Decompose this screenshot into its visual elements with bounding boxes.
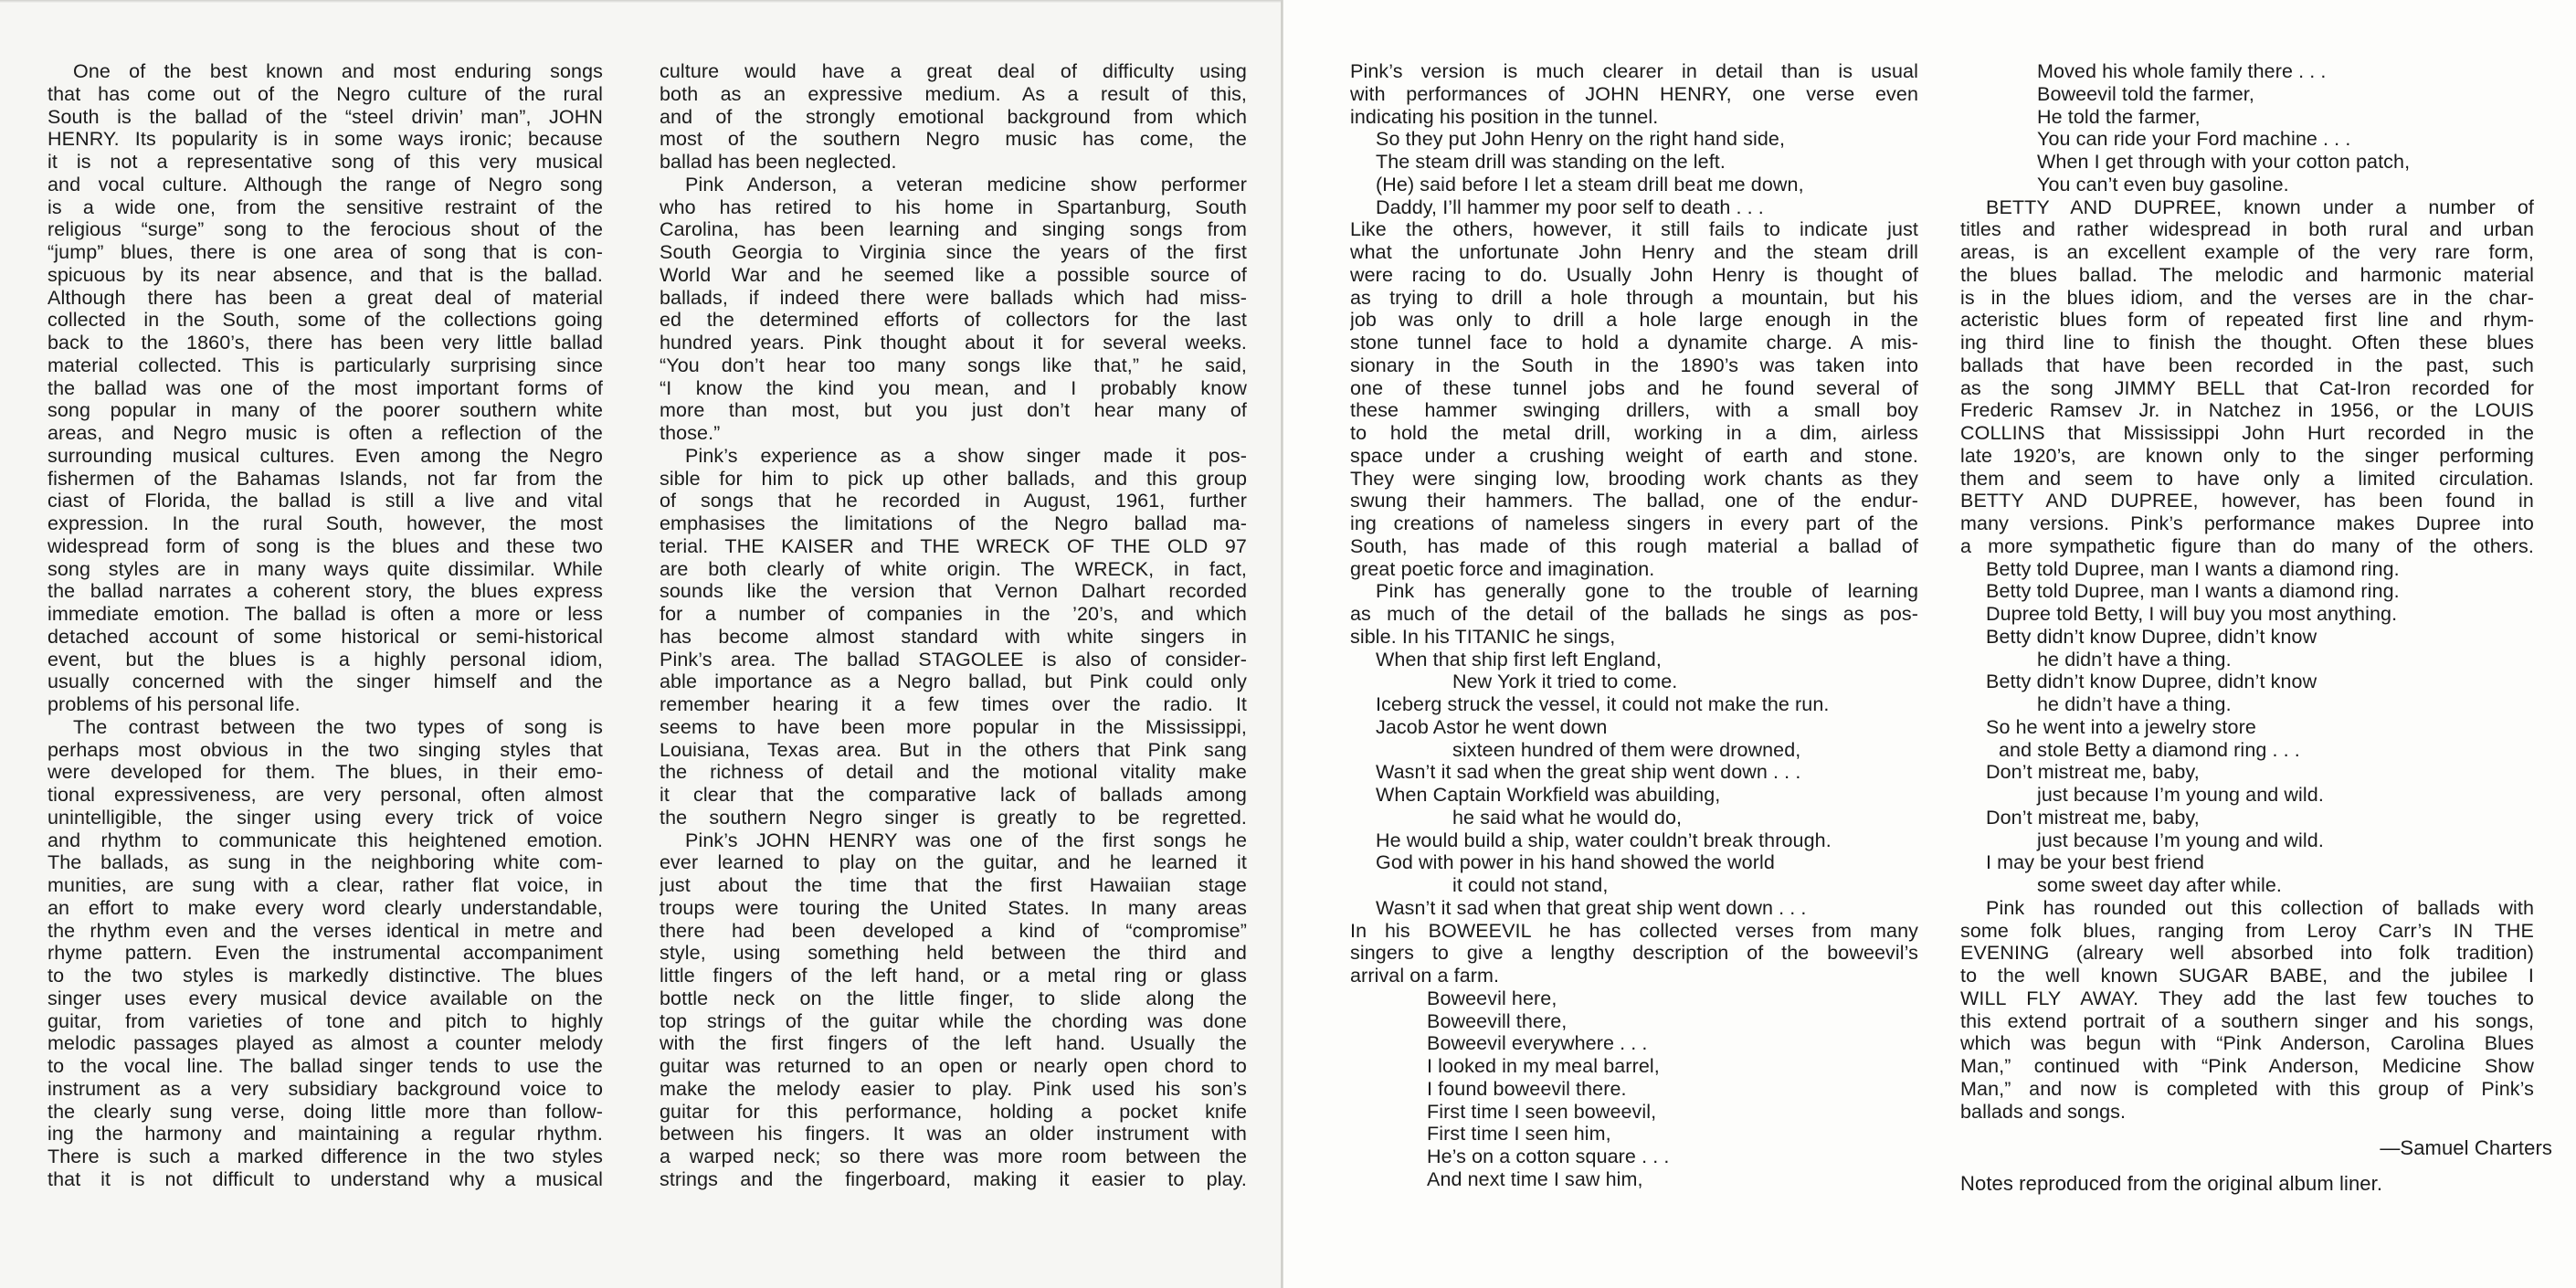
text-line: to the two styles is markedly distinctiv…	[48, 965, 603, 987]
text-line: great poetic force and imagination.	[1350, 558, 1918, 581]
text-line: Dupree told Betty, I will buy you most a…	[1960, 603, 2534, 626]
text-line: areas, is an excellent example of the ve…	[1960, 241, 2534, 264]
text-line: Man,” continued with “Pink Anderson, Med…	[1960, 1055, 2534, 1078]
text-line: more than most, but you just don’t hear …	[660, 399, 1247, 422]
text-line: terial. THE KAISER and THE WRECK OF THE …	[660, 535, 1247, 558]
text-line: tional expressiveness, are very personal…	[48, 784, 603, 807]
text-line: what the unfortunate John Henry and the …	[1350, 241, 1918, 264]
text-line: surrounding musical cultures. Even among…	[48, 445, 603, 468]
text-line: They were singing low, brooding work cha…	[1350, 468, 1918, 491]
text-line: of songs that he recorded in August, 196…	[660, 490, 1247, 512]
text-line: which was begun with “Pink Anderson, Car…	[1960, 1032, 2534, 1055]
text-line: Pink’s JOHN HENRY was one of the first s…	[660, 829, 1247, 852]
text-line: God with power in his hand showed the wo…	[1350, 851, 1918, 874]
center-fold-line	[1281, 0, 1283, 1288]
text-line: fishermen of the Bahamas Islands, not fa…	[48, 468, 603, 491]
text-line: the ballad was one of the most important…	[48, 377, 603, 400]
liner-notes-spread: One of the best known and most enduring …	[0, 0, 2576, 1288]
text-line: are both clearly of white origin. The WR…	[660, 558, 1247, 581]
text-line: with performances of JOHN HENRY, one ver…	[1350, 83, 1918, 106]
text-line: were developed for them. The blues, in t…	[48, 761, 603, 784]
text-line: it clear that the comparative lack of ba…	[660, 784, 1247, 807]
text-line: There is such a marked difference in the…	[48, 1145, 603, 1168]
text-line: the rhythm even and the verses identical…	[48, 920, 603, 943]
text-line: space under a crushing weight of earth a…	[1350, 445, 1918, 468]
text-line: immediate emotion. The ballad is often a…	[48, 603, 603, 626]
text-line: And next time I saw him,	[1350, 1168, 1918, 1191]
text-line: So they put John Henry on the right hand…	[1350, 128, 1918, 151]
text-line: just because I’m young and wild.	[1960, 829, 2534, 852]
text-line: both as an expressive medium. As a resul…	[660, 83, 1247, 106]
text-line: material collected. This is particularly…	[48, 354, 603, 377]
text-line: Don’t mistreat me, baby,	[1960, 807, 2534, 829]
text-line: Like the others, however, it still fails…	[1350, 218, 1918, 241]
text-line: is a wide one, from the sensitive restra…	[48, 196, 603, 219]
text-line: Pink Anderson, a veteran medicine show p…	[660, 174, 1247, 196]
text-line: Boweevil here,	[1350, 987, 1918, 1010]
text-line: WILL FLY AWAY. They add the last few tou…	[1960, 987, 2534, 1010]
text-line: the clearly sung verse, doing little mor…	[48, 1101, 603, 1124]
text-line: acteristic blues form of repeated first …	[1960, 309, 2534, 332]
text-line: rhyme pattern. Even the instrumental acc…	[48, 942, 603, 965]
text-line: he said what he would do,	[1350, 807, 1918, 829]
text-line: is in the blues idiom, and the verses ar…	[1960, 287, 2534, 310]
text-line: ballads and songs.	[1960, 1101, 2534, 1124]
text-line: remember hearing it a few times over the…	[660, 693, 1247, 716]
text-line: some folk blues, ranging from Leroy Carr…	[1960, 920, 2534, 943]
text-line: and of the strongly emotional background…	[660, 106, 1247, 129]
text-line: them and seem to have only a limited cir…	[1960, 468, 2534, 491]
text-line: were racing to do. Usually John Henry is…	[1350, 264, 1918, 287]
text-line: I found boweevil there.	[1350, 1078, 1918, 1101]
text-line: When Captain Workfield was abuilding,	[1350, 784, 1918, 807]
text-line: culture would have a great deal of diffi…	[660, 60, 1247, 83]
text-line: I may be your best friend	[1960, 851, 2534, 874]
text-line: perhaps most obvious in the two singing …	[48, 739, 603, 762]
text-line: to hold the metal drill, working in a di…	[1350, 422, 1918, 445]
text-line: make the melody easier to play. Pink use…	[660, 1078, 1247, 1101]
text-line: a more sympathetic figure than do many o…	[1960, 535, 2534, 558]
text-line: and vocal culture. Although the range of…	[48, 174, 603, 196]
text-line: has become almost standard with white si…	[660, 626, 1247, 649]
text-line: hundred years. Pink thought about it for…	[660, 332, 1247, 354]
text-line: event, but the blues is a highly persona…	[48, 649, 603, 671]
text-line: it could not stand,	[1350, 874, 1918, 897]
text-line: guitar was returned to an open or nearly…	[660, 1055, 1247, 1078]
text-line: late 1920’s, are known only to the singe…	[1960, 445, 2534, 468]
text-line: Betty didn’t know Dupree, didn’t know	[1960, 626, 2534, 649]
text-line: collected in the South, some of the coll…	[48, 309, 603, 332]
text-line: Although there has been a great deal of …	[48, 287, 603, 310]
text-line: these hammer swinging drillers, with a s…	[1350, 399, 1918, 422]
text-line: sible. In his TITANIC he sings,	[1350, 626, 1918, 649]
text-line: Boweevil told the farmer,	[1960, 83, 2534, 106]
text-line: When that ship first left England,	[1350, 649, 1918, 671]
text-line: South is the ballad of the “steel drivin…	[48, 106, 603, 129]
text-line: BETTY AND DUPREE, known under a number o…	[1960, 196, 2534, 219]
text-line: One of the best known and most enduring …	[48, 60, 603, 83]
text-line: swung their hammers. The ballad, one of …	[1350, 490, 1918, 512]
text-line: Boweevil everywhere . . .	[1350, 1032, 1918, 1055]
text-line: Moved his whole family there . . .	[1960, 60, 2534, 83]
text-line: You can ride your Ford machine . . .	[1960, 128, 2534, 151]
text-line: that it is not difficult to understand w…	[48, 1168, 603, 1191]
text-line: the ballad narrates a coherent story, th…	[48, 580, 603, 603]
text-line: instrument as a very subsidiary backgrou…	[48, 1078, 603, 1101]
text-line: Betty told Dupree, man I wants a diamond…	[1960, 558, 2534, 581]
text-line: guitar, from varieties of tone and pitch…	[48, 1010, 603, 1033]
text-line: there had been developed a kind of “comp…	[660, 920, 1247, 943]
text-line: In his BOWEEVIL he has collected verses …	[1350, 920, 1918, 943]
text-line: top strings of the guitar while the chor…	[660, 1010, 1247, 1033]
text-line: I looked in my meal barrel,	[1350, 1055, 1918, 1078]
text-line: that has come out of the Negro culture o…	[48, 83, 603, 106]
text-line: the richness of detail and the motional …	[660, 761, 1247, 784]
text-line: He would build a ship, water couldn’t br…	[1350, 829, 1918, 852]
text-line: melodic passages played as almost a coun…	[48, 1032, 603, 1055]
text-line: singer uses every musical device availab…	[48, 987, 603, 1010]
text-line: strings and the fingerboard, making it e…	[660, 1168, 1247, 1191]
text-line: South, has made of this rough material a…	[1350, 535, 1918, 558]
text-line: Pink’s area. The ballad STAGOLEE is also…	[660, 649, 1247, 671]
text-line: detached account of some historical or s…	[48, 626, 603, 649]
text-line: little fingers of the left hand, or a me…	[660, 965, 1247, 987]
text-line: “I know the kind you mean, and I probabl…	[660, 377, 1247, 400]
text-line: EVENING (alreary well absorbed into folk…	[1960, 942, 2534, 965]
text-line: widespread form of song is the blues and…	[48, 535, 603, 558]
text-line: ing the harmony and maintaining a regula…	[48, 1123, 603, 1145]
text-line: BETTY AND DUPREE, however, has been foun…	[1960, 490, 2534, 512]
text-line: unintelligible, the singer using every t…	[48, 807, 603, 829]
text-line: an effort to make every word clearly und…	[48, 897, 603, 920]
text-line: between his fingers. It was an older ins…	[660, 1123, 1247, 1145]
text-line: those.”	[660, 422, 1247, 445]
text-line: most of the southern Negro music has com…	[660, 128, 1247, 151]
text-line: emphasises the limitations of the Negro …	[660, 512, 1247, 535]
text-line: (He) said before I let a steam drill bea…	[1350, 174, 1918, 196]
text-line: expression. In the rural South, however,…	[48, 512, 603, 535]
text-line: titles and rather widespread in both rur…	[1960, 218, 2534, 241]
text-line: as much of the detail of the ballads he …	[1350, 603, 1918, 626]
text-line: one of these tunnel jobs and he found se…	[1350, 377, 1918, 400]
text-line: sounds like the version that Vernon Dalh…	[660, 580, 1247, 603]
text-line: this extend portrait of a southern singe…	[1960, 1010, 2534, 1033]
text-line: and rhythm to communicate this heightene…	[48, 829, 603, 852]
column-1: One of the best known and most enduring …	[48, 60, 603, 1191]
column-2: culture would have a great deal of diffi…	[660, 60, 1247, 1191]
text-line: sible for him to pick up other ballads, …	[660, 468, 1247, 491]
author-signature: —Samuel Charters	[1960, 1137, 2552, 1160]
text-line: the blues ballad. The melodic and harmon…	[1960, 264, 2534, 287]
text-line: to the well known SUGAR BABE, and the ju…	[1960, 965, 2534, 987]
text-line: Jacob Astor he went down	[1350, 716, 1918, 739]
text-line: ballads that have been recorded in the p…	[1960, 354, 2534, 377]
text-line: singers to give a lengthy description of…	[1350, 942, 1918, 965]
text-line: troups were touring the United States. I…	[660, 897, 1247, 920]
text-line: The steam drill was standing on the left…	[1350, 151, 1918, 174]
text-line: Pink’s version is much clearer in detail…	[1350, 60, 1918, 83]
text-line: areas, and Negro music is often a reflec…	[48, 422, 603, 445]
text-line: just about the time that the first Hawai…	[660, 874, 1247, 897]
text-line: Betty didn’t know Dupree, didn’t know	[1960, 670, 2534, 693]
text-line: song popular in many of the poorer south…	[48, 399, 603, 422]
text-line: “jump” blues, there is one area of song …	[48, 241, 603, 264]
text-line: Boweevill there,	[1350, 1010, 1918, 1033]
text-line: Pink’s experience as a show singer made …	[660, 445, 1247, 468]
text-line: Iceberg struck the vessel, it could not …	[1350, 693, 1918, 716]
text-line: as the song JIMMY BELL that Cat-Iron rec…	[1960, 377, 2534, 400]
text-line: “You don’t hear too many songs like that…	[660, 354, 1247, 377]
text-line: to the vocal line. The ballad singer ten…	[48, 1055, 603, 1078]
text-line: the southern Negro singer is greatly to …	[660, 807, 1247, 829]
text-line: ballads, if indeed there were ballads wh…	[660, 287, 1247, 310]
text-line: guitar for this performance, holding a p…	[660, 1101, 1247, 1124]
text-line: Betty told Dupree, man I wants a diamond…	[1960, 580, 2534, 603]
text-line: ciast of Florida, the ballad is still a …	[48, 490, 603, 512]
text-line: So he went into a jewelry store	[1960, 716, 2534, 739]
text-line: ever learned to play on the guitar, and …	[660, 851, 1247, 874]
text-line: ed the determined efforts of collectors …	[660, 309, 1247, 332]
text-line: You can’t even buy gasoline.	[1960, 174, 2534, 196]
text-line: indicating his position in the tunnel.	[1350, 106, 1918, 129]
text-line: Pink has rounded out this collection of …	[1960, 897, 2534, 920]
text-line: ing creations of nameless singers in eve…	[1350, 512, 1918, 535]
text-line: spicuous by its near absence, and that i…	[48, 264, 603, 287]
text-line: sionary in the South in the 1890’s was t…	[1350, 354, 1918, 377]
text-line: song styles are in many ways quite dissi…	[48, 558, 603, 581]
text-line: World War and he seemed like a possible …	[660, 264, 1247, 287]
text-line: First time I seen him,	[1350, 1123, 1918, 1145]
text-line: with the first fingers of the left hand.…	[660, 1032, 1247, 1055]
text-line: sixteen hundred of them were drowned,	[1350, 739, 1918, 762]
text-line: ballad has been neglected.	[660, 151, 1247, 174]
text-line: Wasn’t it sad when that great ship went …	[1350, 897, 1918, 920]
text-line: some sweet day after while.	[1960, 874, 2534, 897]
text-line: seems to have been more popular in the M…	[660, 716, 1247, 739]
column-4: Moved his whole family there . . .Boweev…	[1960, 60, 2534, 1196]
text-line: a warped neck; so there was more room be…	[660, 1145, 1247, 1168]
text-line: COLLINS that Mississippi John Hurt recor…	[1960, 422, 2534, 445]
text-line: When I get through with your cotton patc…	[1960, 151, 2534, 174]
text-line: style, using something held between the …	[660, 942, 1247, 965]
text-line: usually concerned with the singer himsel…	[48, 670, 603, 693]
text-line: bottle neck on the little finger, to sli…	[660, 987, 1247, 1010]
text-line: religious “surge” song to the ferocious …	[48, 218, 603, 241]
text-line: who has retired to his home in Spartanbu…	[660, 196, 1247, 219]
text-line: Wasn’t it sad when the great ship went d…	[1350, 761, 1918, 784]
text-line: First time I seen boweevil,	[1350, 1101, 1918, 1124]
text-line: Pink has generally gone to the trouble o…	[1350, 580, 1918, 603]
text-line: ing third line to finish the thought. Of…	[1960, 332, 2534, 354]
text-line: as trying to drill a hole through a moun…	[1350, 287, 1918, 310]
text-line: New York it tried to come.	[1350, 670, 1918, 693]
text-line: and stole Betty a diamond ring . . .	[1960, 739, 2534, 762]
text-line: Man,” and now is completed with this gro…	[1960, 1078, 2534, 1101]
text-line: problems of his personal life.	[48, 693, 603, 716]
text-line: just because I’m young and wild.	[1960, 784, 2534, 807]
text-line: munities, are sung with a clear, rather …	[48, 874, 603, 897]
text-line: South Georgia to Virginia since the year…	[660, 241, 1247, 264]
text-line: he didn’t have a thing.	[1960, 649, 2534, 671]
text-line: able importance as a Negro ballad, but P…	[660, 670, 1247, 693]
text-line: many versions. Pink’s performance makes …	[1960, 512, 2534, 535]
text-line: he didn’t have a thing.	[1960, 693, 2534, 716]
column-3: Pink’s version is much clearer in detail…	[1350, 60, 1918, 1191]
text-line: The contrast between the two types of so…	[48, 716, 603, 739]
text-line: Louisiana, Texas area. But in the others…	[660, 739, 1247, 762]
text-line: stone tunnel face to hold a dynamite cha…	[1350, 332, 1918, 354]
scan-top-edge	[0, 0, 1282, 3]
text-line: arrival on a farm.	[1350, 965, 1918, 987]
text-line: job was only to drill a hole large enoug…	[1350, 309, 1918, 332]
text-line: for a number of companies in the ’20’s, …	[660, 603, 1247, 626]
text-line: Don’t mistreat me, baby,	[1960, 761, 2534, 784]
text-line: Carolina, has been learning and singing …	[660, 218, 1247, 241]
text-line: Daddy, I’ll hammer my poor self to death…	[1350, 196, 1918, 219]
column-4-body: Moved his whole family there . . .Boweev…	[1960, 60, 2534, 1123]
text-line: it is not a representative song of this …	[48, 151, 603, 174]
text-line: HENRY. Its popularity is in some ways ir…	[48, 128, 603, 151]
text-line: He’s on a cotton square . . .	[1350, 1145, 1918, 1168]
text-line: The ballads, as sung in the neighboring …	[48, 851, 603, 874]
credit-line: Notes reproduced from the original album…	[1960, 1173, 2534, 1196]
text-line: He told the farmer,	[1960, 106, 2534, 129]
text-line: back to the 1860’s, there has been very …	[48, 332, 603, 354]
text-line: Frederic Ramsev Jr. in Natchez in 1956, …	[1960, 399, 2534, 422]
